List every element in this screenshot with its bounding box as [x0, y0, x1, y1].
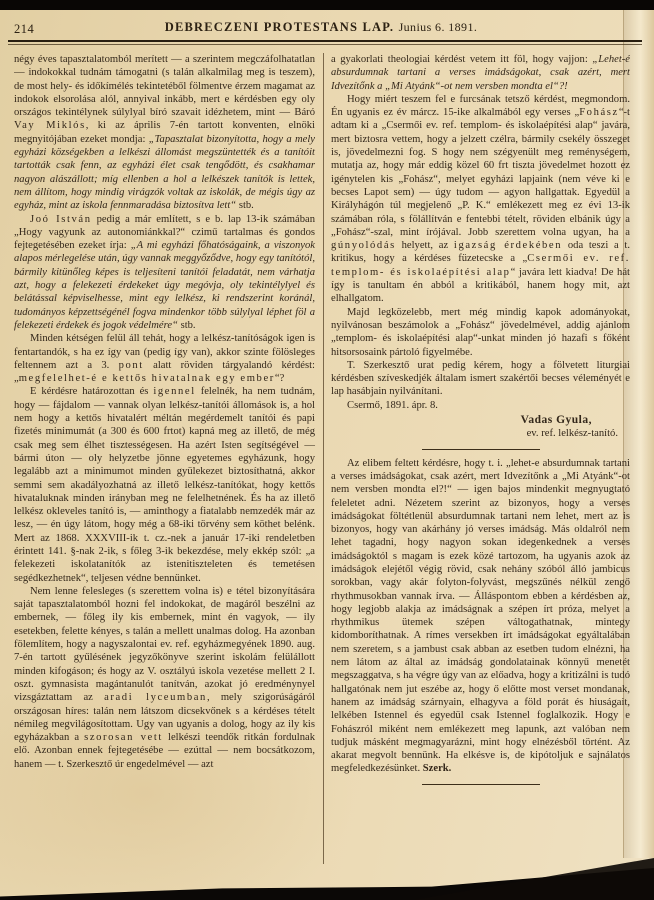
newspaper-title-text: DEBRECZENI PROTESTANS LAP.	[165, 20, 395, 34]
paragraph: Majd legközelebb, mert még mindig kapok …	[331, 306, 630, 359]
left-column: négy éves tapasztalatomból merített — a …	[14, 53, 324, 864]
body-text: négy éves tapasztalatomból merített — a …	[14, 54, 315, 118]
emphasized-text: Vay Miklós	[14, 120, 86, 131]
emphasized-text: igazság érdekében	[454, 240, 562, 251]
section-divider	[422, 784, 540, 785]
body-text: a gyakorlati theologiai kérdést vetem it…	[331, 54, 592, 65]
signature-role: ev. ref. lelkész-tanító.	[331, 427, 630, 440]
issue-date: Junius 6. 1891.	[399, 20, 478, 34]
body-text: felelnék, ha nem tudnám, hogy — fájdalom…	[14, 386, 315, 583]
paragraph: Csermő, 1891. ápr. 8.	[331, 399, 630, 412]
newspaper-title: DEBRECZENI PROTESTANS LAP. Junius 6. 189…	[14, 20, 628, 35]
paragraph: Nem lenne felesleges (s szerettem volna …	[14, 585, 315, 771]
emphasized-text: Fohász	[579, 107, 619, 118]
emphasized-text: pont	[119, 360, 144, 371]
emphasized-text: Joó István	[30, 214, 92, 225]
body-text: Nem lenne felesleges (s szerettem volna …	[14, 586, 315, 703]
body-text: E kérdésre határozottan és	[30, 386, 153, 397]
scanned-newspaper-page: 214 DEBRECZENI PROTESTANS LAP. Junius 6.…	[0, 0, 654, 900]
body-text: stb.	[178, 320, 196, 331]
section-divider	[422, 449, 540, 450]
page-header: 214 DEBRECZENI PROTESTANS LAP. Junius 6.…	[14, 19, 628, 37]
paragraph: a gyakorlati theologiai kérdést vetem it…	[331, 53, 630, 93]
body-text: stb.	[236, 200, 254, 211]
paragraph: Minden kétségen felül áll tehát, hogy a …	[14, 332, 315, 385]
paragraph: Hogy miért teszem fel e furcsának tetsző…	[331, 93, 630, 306]
emphasized-text: gúnyolódás	[331, 240, 396, 251]
header-rule	[8, 40, 642, 45]
body-text: “?	[275, 373, 284, 384]
emphasized-text: igennel	[153, 386, 195, 397]
body-text: T. Szerkesztő urat pedig kérem, hogy a f…	[331, 360, 630, 398]
paragraph: T. Szerkesztő urat pedig kérem, hogy a f…	[331, 359, 630, 399]
signature-name: Vadas Gyula,	[331, 414, 630, 427]
emphasized-text: aradi lyceumban	[104, 692, 207, 703]
quoted-text: „A mi egyházi főhatóságaink, a viszonyok…	[14, 240, 315, 331]
scan-edge-top	[0, 0, 654, 10]
paragraph: E kérdésre határozottan és igennel felel…	[14, 385, 315, 584]
paragraph: négy éves tapasztalatomból merített — a …	[14, 53, 315, 213]
body-text: Csermő, 1891. ápr. 8.	[347, 400, 438, 411]
body-text: Az elibem feltett kérdésre, hogy t. i. „…	[331, 458, 630, 775]
emphasized-text: szorosan vett	[84, 732, 163, 743]
bold-text: Szerk.	[423, 763, 452, 774]
body-text: Majd legközelebb, mert még mindig kapok …	[331, 307, 630, 358]
right-column: a gyakorlati theologiai kérdést vetem it…	[324, 53, 630, 864]
quoted-text: „Tapasztalat bizonyította, hogy a mely e…	[14, 134, 315, 211]
text-columns: négy éves tapasztalatomból merített — a …	[14, 53, 630, 864]
paragraph: Joó István pedig a már említett, s e b. …	[14, 213, 315, 333]
paragraph: Az elibem feltett kérdésre, hogy t. i. „…	[331, 457, 630, 776]
body-text: helyett, az	[396, 240, 454, 251]
emphasized-text: megfelelhet-é e kettős hivatalnak egy em…	[19, 373, 275, 384]
body-text: “-t adtam ki a „Csermői ev. ref. templom…	[331, 107, 630, 238]
